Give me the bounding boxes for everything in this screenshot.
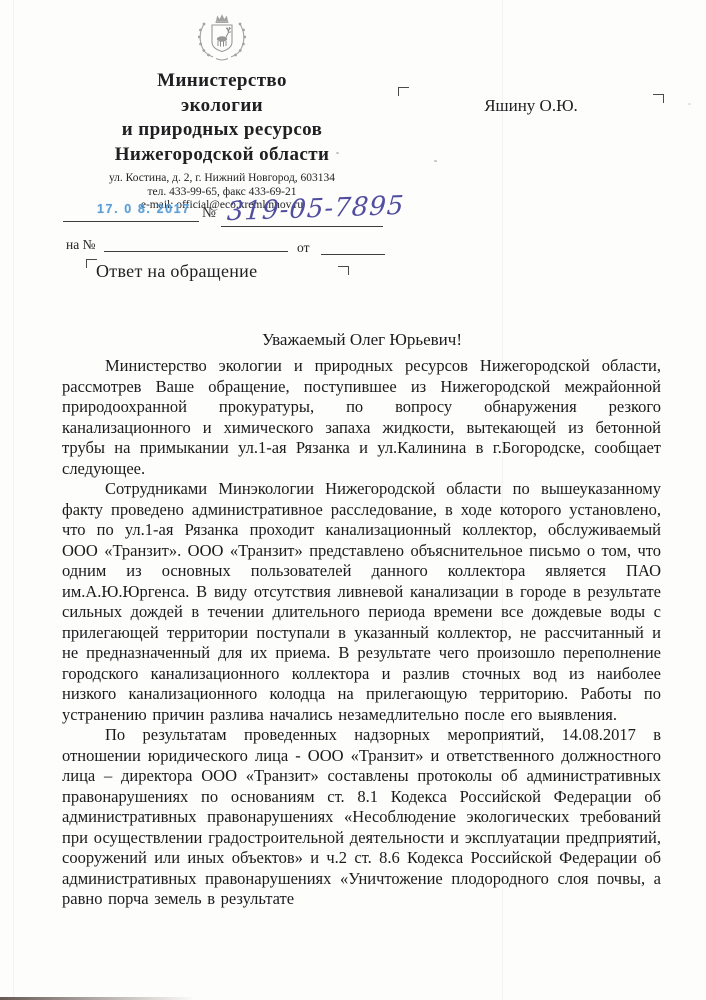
ministry-title-line: Министерство bbox=[50, 69, 394, 94]
subject-line: Ответ на обращение bbox=[96, 261, 257, 282]
addressee-corner-mark-right bbox=[653, 94, 664, 103]
ministry-title-line: экологии bbox=[50, 94, 394, 119]
scan-speck bbox=[434, 160, 437, 162]
addressee: Яшину О.Ю. bbox=[399, 96, 663, 116]
ministry-title-line: и природных ресурсов bbox=[50, 118, 394, 143]
address-line: ул. Костина, д. 2, г. Нижний Новгород, 6… bbox=[50, 172, 394, 186]
reply-to-label: на № bbox=[66, 237, 95, 253]
body-paragraph: Министерство экологии и природных ресурс… bbox=[62, 356, 661, 479]
wreath-branches bbox=[200, 24, 244, 60]
number-sign: № bbox=[202, 205, 216, 222]
date-stamp: 17. 0 8. 2017 bbox=[97, 202, 191, 216]
ministry-title-line: Нижегородской области bbox=[50, 143, 394, 168]
outgoing-number-handwritten: 319-05-7895 bbox=[226, 191, 405, 227]
letter-body: Министерство экологии и природных ресурс… bbox=[62, 356, 661, 910]
scanned-letter-page: Министерство экологии и природных ресурс… bbox=[0, 0, 706, 1000]
letterhead: Министерство экологии и природных ресурс… bbox=[50, 12, 394, 213]
reply-number-underline bbox=[104, 236, 288, 252]
coat-of-arms-deer-icon bbox=[190, 12, 254, 64]
salutation: Уважаемый Олег Юрьевич! bbox=[62, 330, 662, 350]
scan-edge-line bbox=[13, 0, 14, 1000]
subject-corner-mark-right bbox=[338, 266, 349, 275]
addressee-corner-mark-left bbox=[398, 87, 409, 96]
deer-icon bbox=[217, 27, 231, 47]
scan-speck bbox=[688, 103, 691, 105]
reply-date-underline bbox=[321, 239, 385, 255]
crown-icon bbox=[216, 14, 228, 21]
reply-from-label: от bbox=[297, 240, 309, 256]
body-paragraph: По результатам проведенных надзорных мер… bbox=[62, 725, 661, 910]
ministry-title: Министерство экологии и природных ресурс… bbox=[50, 69, 394, 167]
body-paragraph: Сотрудниками Минэкологии Нижегородской о… bbox=[62, 479, 661, 725]
